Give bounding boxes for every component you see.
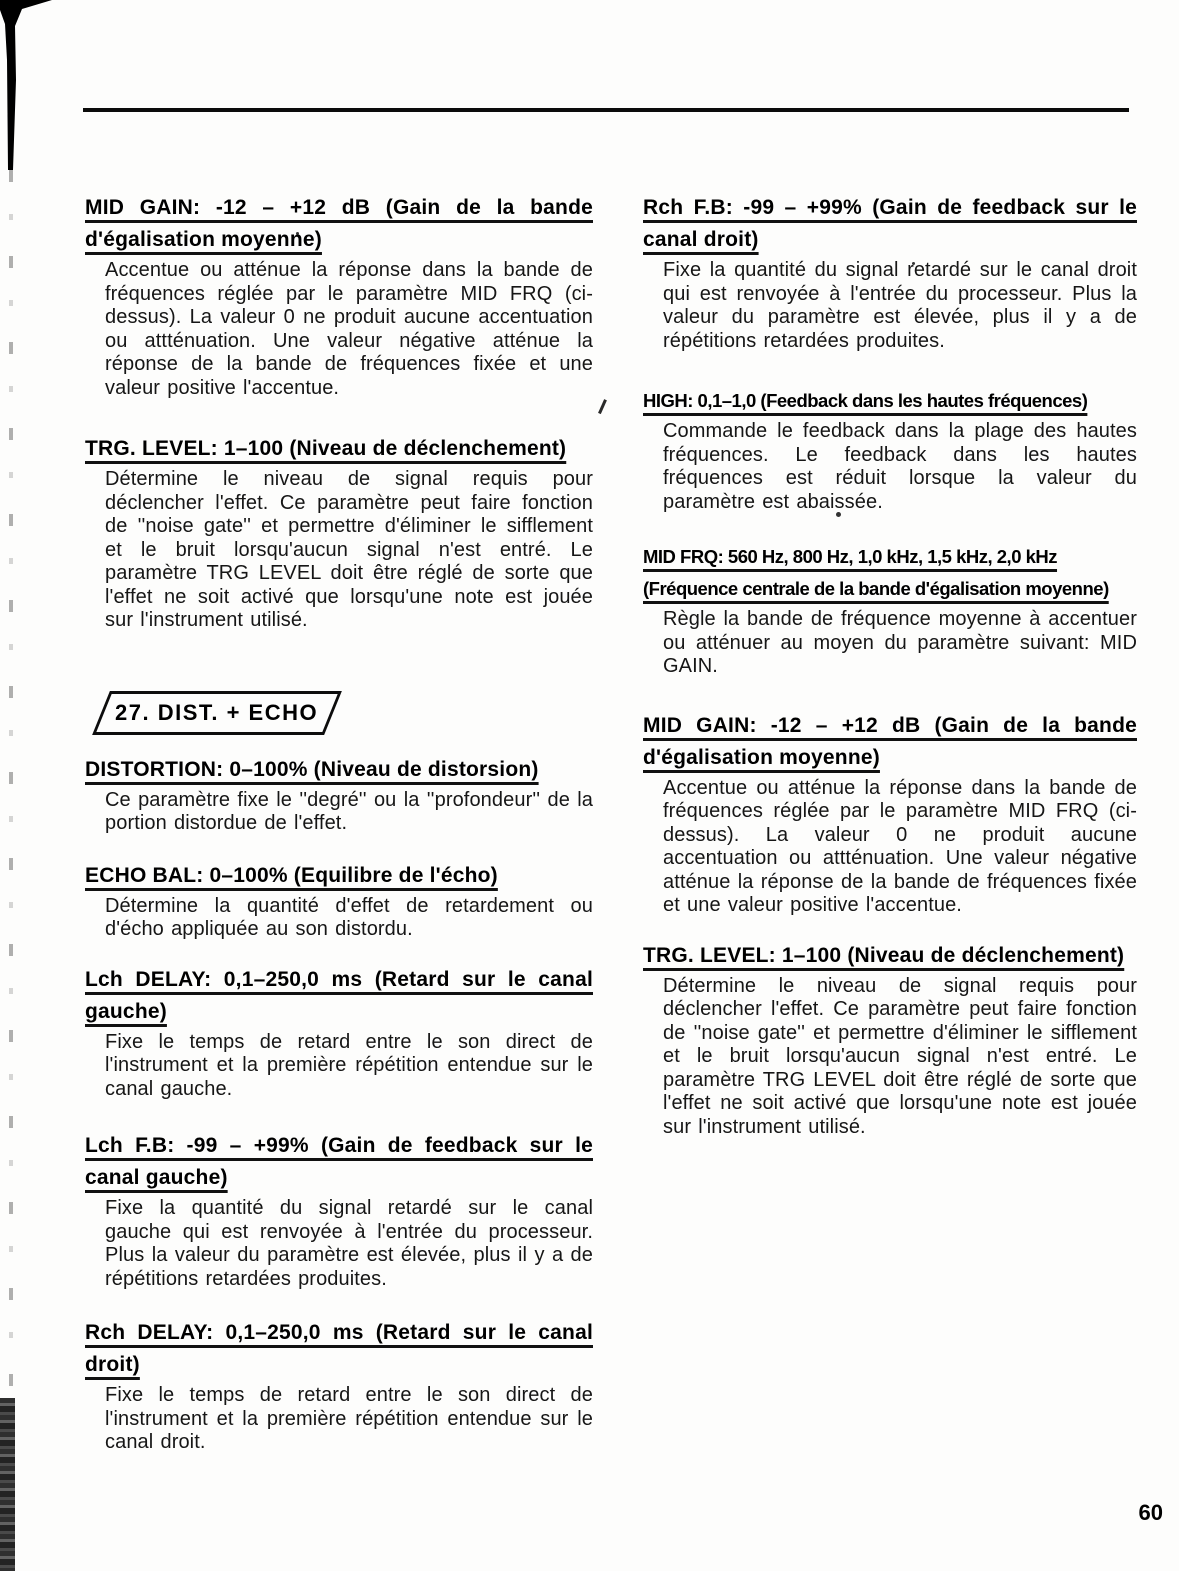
param-heading: HIGH: 0,1–1,0 (Feedback dans les hautes … [643, 385, 1137, 417]
top-divider-rule [83, 108, 1129, 112]
param-heading-line: Rch DELAY: 0,1–250,0 ms (Retard sur le c… [85, 1317, 593, 1349]
param-heading: Lch F.B: -99 – +99% (Gain de feedback su… [85, 1130, 593, 1194]
param-heading: Lch DELAY: 0,1–250,0 ms (Retard sur le c… [85, 964, 593, 1028]
param-body: Fixe le temps de retard entre le son dir… [105, 1384, 593, 1455]
param-heading-line: Rch F.B: -99 – +99% (Gain de feedback su… [643, 192, 1137, 224]
param-heading: TRG. LEVEL: 1–100 (Niveau de déclencheme… [85, 433, 593, 465]
param-heading-line: canal gauche) [85, 1162, 593, 1194]
param-body: Détermine le niveau de signal requis pou… [663, 975, 1137, 1140]
section-high: HIGH: 0,1–1,0 (Feedback dans les hautes … [643, 385, 1137, 514]
param-heading: TRG. LEVEL: 1–100 (Niveau de déclencheme… [643, 940, 1137, 972]
param-body: Accentue ou atténue la réponse dans la b… [663, 777, 1137, 918]
right-column: Rch F.B: -99 – +99% (Gain de feedback su… [643, 192, 1137, 1139]
param-heading: DISTORTION: 0–100% (Niveau de distorsion… [85, 754, 593, 786]
section-echo-bal: ECHO BAL: 0–100% (Equilibre de l'écho) D… [85, 860, 593, 942]
param-heading-line: DISTORTION: 0–100% (Niveau de distorsion… [85, 754, 593, 786]
section-lch-delay: Lch DELAY: 0,1–250,0 ms (Retard sur le c… [85, 964, 593, 1102]
param-heading-line: (Fréquence centrale de la bande d'égalis… [643, 573, 1137, 605]
param-heading-line: MID FRQ: 560 Hz, 800 Hz, 1,0 kHz, 1,5 kH… [643, 541, 1137, 573]
param-heading-line: d'égalisation moyenne) [643, 742, 1137, 774]
section-lch-fb: Lch F.B: -99 – +99% (Gain de feedback su… [85, 1130, 593, 1291]
param-heading-line: TRG. LEVEL: 1–100 (Niveau de déclencheme… [643, 940, 1137, 972]
param-body: Commande le feedback dans la plage des h… [663, 420, 1137, 514]
effect-title-box: 27. DIST. + ECHO [92, 691, 342, 735]
param-heading: Rch F.B: -99 – +99% (Gain de feedback su… [643, 192, 1137, 256]
section-mid-gain-right: MID GAIN: -12 – +12 dB (Gain de la bande… [643, 710, 1137, 918]
param-body: Détermine la quantité d'effet de retarde… [105, 895, 593, 942]
manual-page: MID GAIN: -12 – +12 dB (Gain de la bande… [0, 0, 1179, 1571]
param-heading: MID GAIN: -12 – +12 dB (Gain de la bande… [643, 710, 1137, 774]
page-number: 60 [1139, 1500, 1163, 1526]
param-body: Fixe le temps de retard entre le son dir… [105, 1031, 593, 1102]
param-body: Règle la bande de fréquence moyenne à ac… [663, 608, 1137, 679]
param-heading-line: droit) [85, 1349, 593, 1381]
param-heading-line: TRG. LEVEL: 1–100 (Niveau de déclencheme… [85, 433, 593, 465]
param-heading-line: d'égalisation moyenne) [85, 224, 593, 256]
scan-bottom-left-artifact [0, 1398, 15, 1571]
param-heading-line: MID GAIN: -12 – +12 dB (Gain de la bande [643, 710, 1137, 742]
section-mid-frq: MID FRQ: 560 Hz, 800 Hz, 1,0 kHz, 1,5 kH… [643, 541, 1137, 679]
param-heading-line: gauche) [85, 996, 593, 1028]
section-rch-delay: Rch DELAY: 0,1–250,0 ms (Retard sur le c… [85, 1317, 593, 1455]
param-heading-line: MID GAIN: -12 – +12 dB (Gain de la bande [85, 192, 593, 224]
param-heading: MID FRQ: 560 Hz, 800 Hz, 1,0 kHz, 1,5 kH… [643, 541, 1137, 605]
scan-left-edge-artifact [9, 170, 13, 1400]
param-heading-line: Lch F.B: -99 – +99% (Gain de feedback su… [85, 1130, 593, 1162]
left-column: MID GAIN: -12 – +12 dB (Gain de la bande… [85, 192, 593, 1455]
param-heading: MID GAIN: -12 – +12 dB (Gain de la bande… [85, 192, 593, 256]
section-trg-level-left: TRG. LEVEL: 1–100 (Niveau de déclencheme… [85, 433, 593, 633]
section-effect-title: 27. DIST. + ECHO [85, 691, 593, 735]
scan-corner-artifact [0, 0, 60, 170]
section-distortion: DISTORTION: 0–100% (Niveau de distorsion… [85, 754, 593, 836]
section-rch-fb: Rch F.B: -99 – +99% (Gain de feedback su… [643, 192, 1137, 353]
section-trg-level-right: TRG. LEVEL: 1–100 (Niveau de déclencheme… [643, 940, 1137, 1140]
param-heading: ECHO BAL: 0–100% (Equilibre de l'écho) [85, 860, 593, 892]
param-body: Détermine le niveau de signal requis pou… [105, 468, 593, 633]
param-body: Accentue ou atténue la réponse dans la b… [105, 259, 593, 400]
param-heading-line: ECHO BAL: 0–100% (Equilibre de l'écho) [85, 860, 593, 892]
effect-title: 27. DIST. + ECHO [115, 700, 318, 726]
param-body: Ce paramètre fixe le ''degré'' ou la ''p… [105, 789, 593, 836]
param-heading: Rch DELAY: 0,1–250,0 ms (Retard sur le c… [85, 1317, 593, 1381]
param-body: Fixe la quantité du signal retardé sur l… [663, 259, 1137, 353]
scan-stray-mark [598, 399, 606, 414]
param-body: Fixe la quantité du signal retardé sur l… [105, 1197, 593, 1291]
section-mid-gain-left: MID GAIN: -12 – +12 dB (Gain de la bande… [85, 192, 593, 400]
param-heading-line: Lch DELAY: 0,1–250,0 ms (Retard sur le c… [85, 964, 593, 996]
param-heading-line: canal droit) [643, 224, 1137, 256]
param-heading-line: HIGH: 0,1–1,0 (Feedback dans les hautes … [643, 385, 1137, 417]
